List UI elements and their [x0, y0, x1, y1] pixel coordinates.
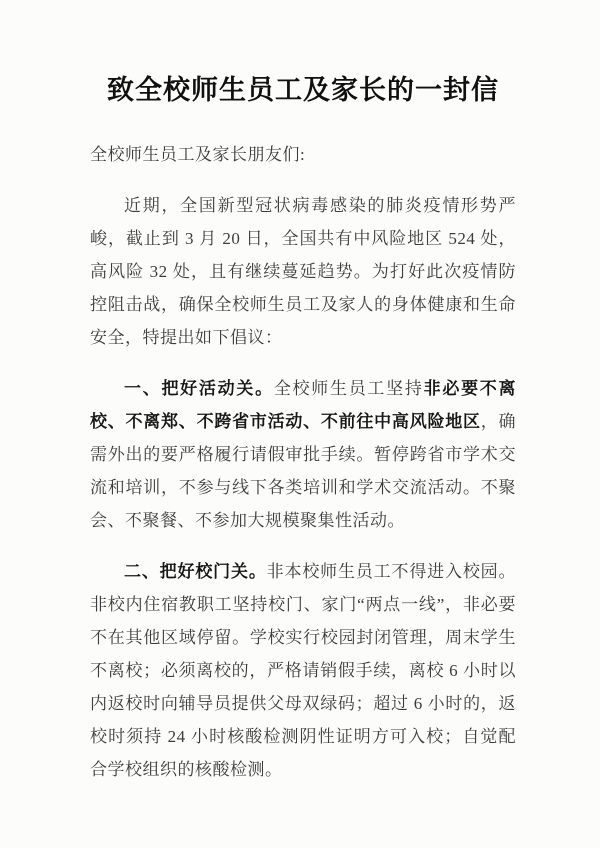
- activity-rule-text-1: 全校师生员工坚持: [274, 379, 424, 398]
- gate-rule-text: 非本校师生员工不得进入校园。非校内住宿教职工坚持校门、家门“两点一线”，非必要不…: [90, 562, 516, 779]
- activity-rule-heading: 一、把好活动关。: [124, 379, 274, 398]
- letter-title: 致全校师生员工及家长的一封信: [90, 74, 516, 106]
- paragraph-intro-text: 近期，全国新型冠状病毒感染的肺炎疫情形势严峻，截止到 3 月 20 日，全国共有…: [90, 196, 516, 347]
- paragraph-gate-rule: 二、把好校门关。非本校师生员工不得进入校园。非校内住宿教职工坚持校门、家门“两点…: [90, 555, 516, 786]
- salutation-line: 全校师生员工及家长朋友们:: [90, 138, 516, 171]
- paragraph-activity-rule: 一、把好活动关。全校师生员工坚持非必要不离校、不离郑、不跨省市活动、不前往中高风…: [90, 372, 516, 537]
- gate-rule-heading: 二、把好校门关。: [124, 562, 267, 581]
- paragraph-intro: 近期，全国新型冠状病毒感染的肺炎疫情形势严峻，截止到 3 月 20 日，全国共有…: [90, 189, 516, 354]
- letter-page: 致全校师生员工及家长的一封信 全校师生员工及家长朋友们: 近期，全国新型冠状病毒…: [0, 0, 600, 848]
